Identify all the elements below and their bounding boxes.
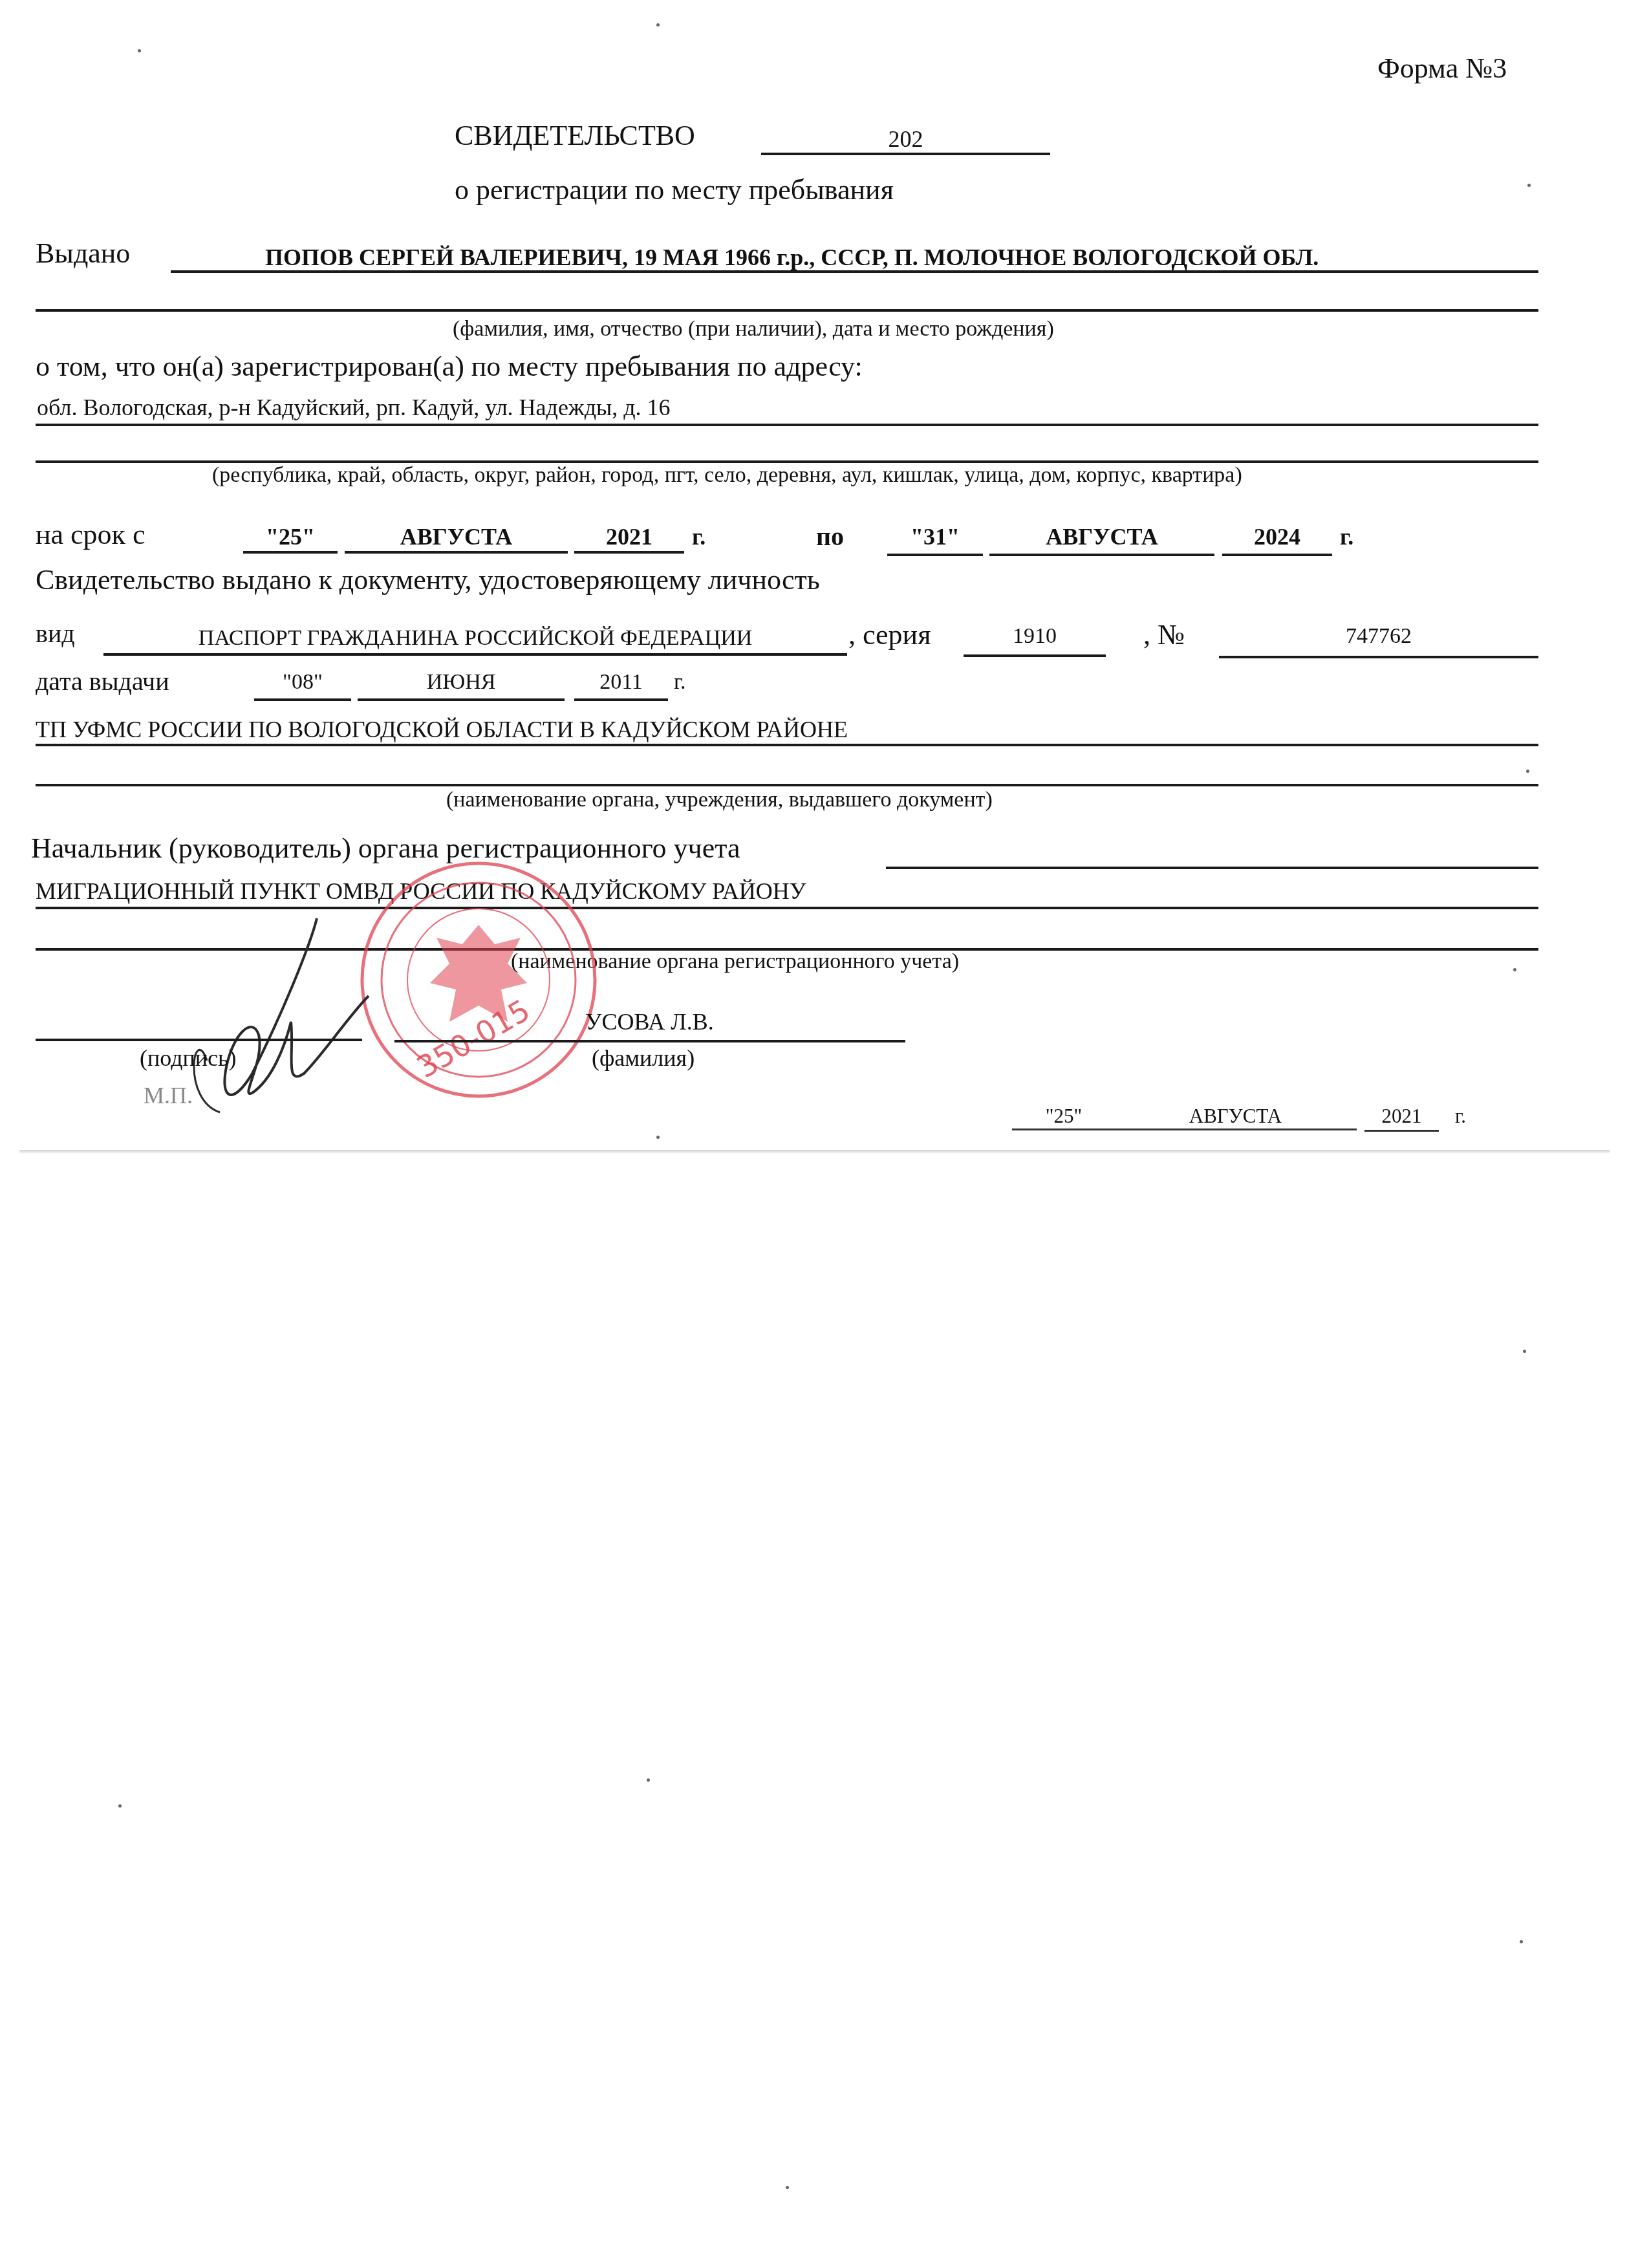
scan-speck: [656, 23, 660, 27]
period-to-day: "31": [887, 525, 983, 548]
address-hint: (республика, край, область, округ, район…: [212, 464, 1242, 486]
blank-area: [0, 1155, 1649, 2268]
document-title: СВИДЕТЕЛЬСТВО: [455, 122, 695, 150]
number-label: , №: [1143, 621, 1185, 649]
period-from-year: 2021: [574, 525, 684, 548]
underline: [989, 554, 1214, 556]
signature-underline: [36, 1039, 362, 1041]
series-label: , серия: [848, 621, 931, 649]
scan-speck: [786, 2186, 789, 2189]
underline: [103, 653, 847, 656]
surname-value: УСОВА Л.В.: [585, 1010, 714, 1033]
signoff-year: 2021: [1364, 1106, 1439, 1126]
torn-edge: [19, 1150, 1610, 1154]
address-underline: [36, 424, 1538, 426]
form-label: Форма №3: [1377, 54, 1507, 83]
surname-hint: (фамилия): [592, 1046, 695, 1070]
number-value: 747762: [1219, 625, 1538, 647]
year-suffix: г.: [692, 525, 706, 548]
period-from-day: "25": [243, 525, 338, 548]
surname-underline: [394, 1040, 905, 1042]
head-label: Начальник (руководитель) органа регистра…: [31, 834, 740, 863]
underline: [36, 744, 1538, 746]
period-label: на срок с: [36, 521, 145, 549]
signature-hint: (подпись): [140, 1046, 236, 1070]
number-underline: [761, 153, 1050, 155]
signoff-month: АВГУСТА: [1114, 1106, 1357, 1126]
issue-year: 2011: [574, 671, 668, 693]
underline: [254, 698, 351, 701]
scan-speck: [118, 1804, 122, 1808]
issued-to-underline: [171, 270, 1538, 273]
underline: [574, 698, 668, 701]
issued-to-value: ПОПОВ СЕРГЕЙ ВАЛЕРИЕВИЧ, 19 МАЯ 1966 г.р…: [265, 246, 1319, 269]
scan-speck: [656, 1136, 660, 1139]
document-subtitle: о регистрации по месту пребывания: [455, 176, 894, 204]
doc-type-value: ПАСПОРТ ГРАЖДАНИНА РОССИЙСКОЙ ФЕДЕРАЦИИ: [103, 627, 847, 649]
address-value: обл. Вологодская, р-н Кадуйский, рп. Кад…: [37, 396, 671, 419]
scan-speck: [138, 49, 141, 52]
address-label: о том, что он(а) зарегистрирован(а) по м…: [36, 352, 863, 381]
issue-day: "08": [254, 671, 351, 693]
underline: [886, 867, 1538, 869]
issuer-hint: (наименование органа, учреждения, выдавш…: [446, 789, 993, 811]
scan-speck: [1523, 1350, 1526, 1353]
period-to-label: по: [816, 524, 844, 550]
underline: [1219, 656, 1538, 658]
doc-type-label: вид: [36, 621, 75, 647]
period-from-month: АВГУСТА: [345, 525, 568, 548]
year-suffix: г.: [1455, 1106, 1466, 1126]
scan-speck: [1526, 770, 1529, 773]
underline: [36, 784, 1538, 786]
period-to-year: 2024: [1222, 525, 1332, 548]
issued-to-hint: (фамилия, имя, отчество (при наличии), д…: [453, 318, 1054, 340]
underline: [1222, 554, 1332, 556]
issue-date-label: дата выдачи: [36, 669, 169, 695]
scan-speck: [647, 1778, 650, 1782]
underline: [574, 551, 684, 554]
underline: [243, 551, 338, 554]
scan-speck: [1520, 1940, 1523, 1943]
underline: [887, 554, 983, 556]
handwritten-signature: [155, 905, 427, 1119]
year-suffix: г.: [1340, 525, 1353, 548]
issued-to-underline-2: [36, 309, 1538, 312]
signoff-day: "25": [1012, 1106, 1115, 1126]
year-suffix: г.: [674, 671, 686, 693]
scan-speck: [1513, 968, 1516, 971]
issue-month: ИЮНЯ: [358, 671, 565, 693]
certificate-number: 202: [761, 127, 1050, 151]
issued-to-label: Выдано: [36, 239, 130, 268]
issuer-value: ТП УФМС РОССИИ ПО ВОЛОГОДСКОЙ ОБЛАСТИ В …: [36, 718, 848, 741]
underline: [964, 654, 1106, 657]
period-to-month: АВГУСТА: [989, 525, 1214, 548]
series-value: 1910: [964, 625, 1106, 647]
underline: [1012, 1129, 1115, 1130]
underline: [1114, 1129, 1357, 1130]
seal-label: М.П.: [144, 1084, 193, 1107]
underline: [345, 551, 568, 554]
scan-speck: [1527, 184, 1531, 187]
underline: [358, 698, 565, 701]
underline: [1364, 1130, 1439, 1132]
identity-intro: Свидетельство выдано к документу, удосто…: [36, 566, 820, 594]
